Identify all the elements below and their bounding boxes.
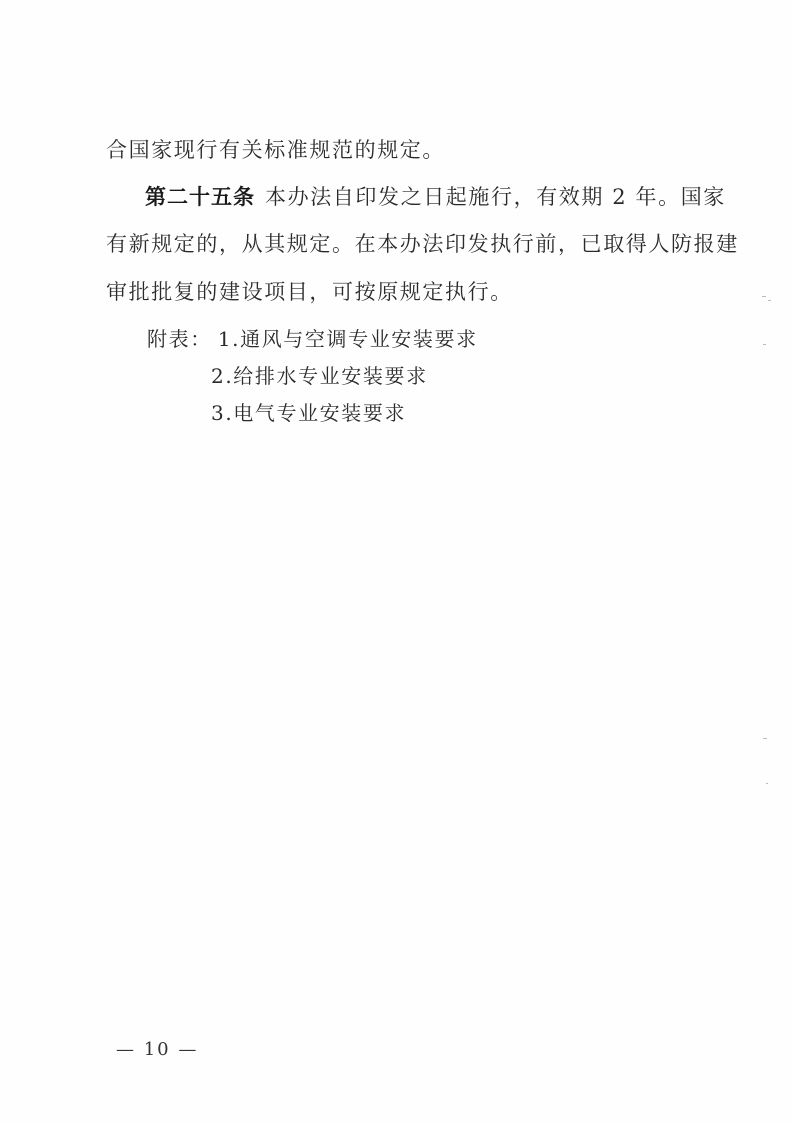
article-25-line-2: 有新规定的，从其规定。在本办法印发执行前，已取得人防报建 bbox=[106, 230, 739, 258]
attachment-item-1-text: 1.通风与空调专业安装要求 bbox=[218, 327, 478, 351]
scan-speck bbox=[762, 296, 766, 297]
attachment-item-3: 3.电气专业安装要求 bbox=[211, 399, 406, 427]
scan-speck bbox=[766, 783, 768, 784]
article-25-text-1: 本办法自印发之日起施行，有效期 2 年。国家 bbox=[265, 185, 726, 209]
scan-speck bbox=[768, 300, 771, 301]
paragraph-continuation: 合国家现行有关标准规范的规定。 bbox=[106, 136, 445, 164]
page-number: — 10 — bbox=[116, 1039, 198, 1060]
attachment-item-2: 2.给排水专业安装要求 bbox=[211, 362, 428, 390]
attachments-label: 附表： bbox=[147, 327, 212, 351]
attachment-item-1: 附表：1.通风与空调专业安装要求 bbox=[147, 325, 478, 353]
scan-speck bbox=[763, 738, 767, 739]
document-page: 合国家现行有关标准规范的规定。 第二十五条本办法自印发之日起施行，有效期 2 年… bbox=[0, 0, 793, 1122]
article-25-line-3: 审批批复的建设项目，可按原规定执行。 bbox=[106, 278, 513, 306]
article-25-heading: 第二十五条 bbox=[145, 185, 255, 209]
article-25-line-1: 第二十五条本办法自印发之日起施行，有效期 2 年。国家 bbox=[145, 183, 726, 211]
scan-speck bbox=[763, 344, 766, 345]
